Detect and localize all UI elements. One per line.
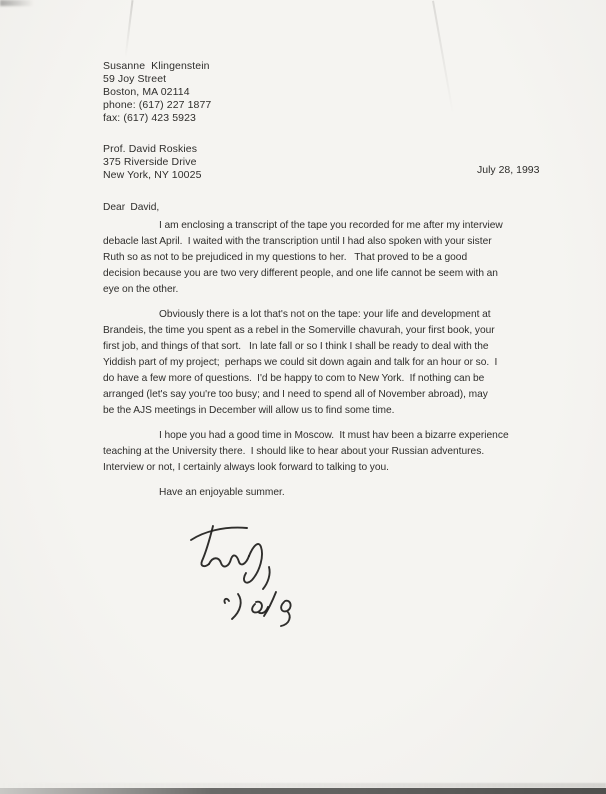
text-line: Obviously there is a lot that's not on t… [103,307,563,323]
text-line: eye on the other. [103,282,563,298]
text-line: decision because you are two very differ… [103,266,563,282]
text-line: 59 Joy Street [103,73,211,86]
scan-crease-left [124,0,133,58]
handwritten-signature [175,514,315,629]
letter-date: July 28, 1993 [477,164,539,176]
text-line: Prof. David Roskies [103,143,202,156]
text-line: I hope you had a good time in Moscow. It… [103,428,563,444]
text-line: phone: (617) 227 1877 [103,99,211,112]
paragraph-1: I am enclosing a transcript of the tape … [103,218,563,298]
paragraph-3: I hope you had a good time in Moscow. It… [103,428,563,476]
text-line: Interview or not, I certainly always loo… [103,460,563,476]
text-line: Ruth so as not to be prejudiced in my qu… [103,250,563,266]
closing-line: Have an enjoyable summer. [103,485,563,501]
scan-crease-right [432,1,453,115]
text-line: arranged (let's say you're too busy; and… [103,387,563,403]
text-line: 375 Riverside Drive [103,156,202,169]
signature-ink [175,514,315,629]
recipient-address-block: Prof. David Roskies375 Riverside DriveNe… [103,143,202,182]
scan-corner-smudge [0,0,34,6]
salutation: Dear David, [103,200,563,216]
text-line: first job, and things of that sort. In l… [103,339,563,355]
scan-bottom-edge [0,788,606,794]
text-line: New York, NY 10025 [103,169,202,182]
letter-body: Dear David, I am enclosing a transcript … [103,200,563,510]
paragraph-2: Obviously there is a lot that's not on t… [103,307,563,419]
text-line: Susanne Klingenstein [103,60,211,73]
scanned-letter-page: Susanne Klingenstein59 Joy StreetBoston,… [0,0,606,794]
text-line: debacle last April. I waited with the tr… [103,234,563,250]
text-line: be the AJS meetings in December will all… [103,403,563,419]
text-line: teaching at the University there. I shou… [103,444,563,460]
text-line: Brandeis, the time you spent as a rebel … [103,323,563,339]
text-line: Yiddish part of my project; perhaps we c… [103,355,563,371]
text-line: do have a few more of questions. I'd be … [103,371,563,387]
text-line: Have an enjoyable summer. [103,485,563,501]
text-line: I am enclosing a transcript of the tape … [103,218,563,234]
text-line: Boston, MA 02114 [103,86,211,99]
sender-address-block: Susanne Klingenstein59 Joy StreetBoston,… [103,60,211,125]
text-line: fax: (617) 423 5923 [103,112,211,125]
